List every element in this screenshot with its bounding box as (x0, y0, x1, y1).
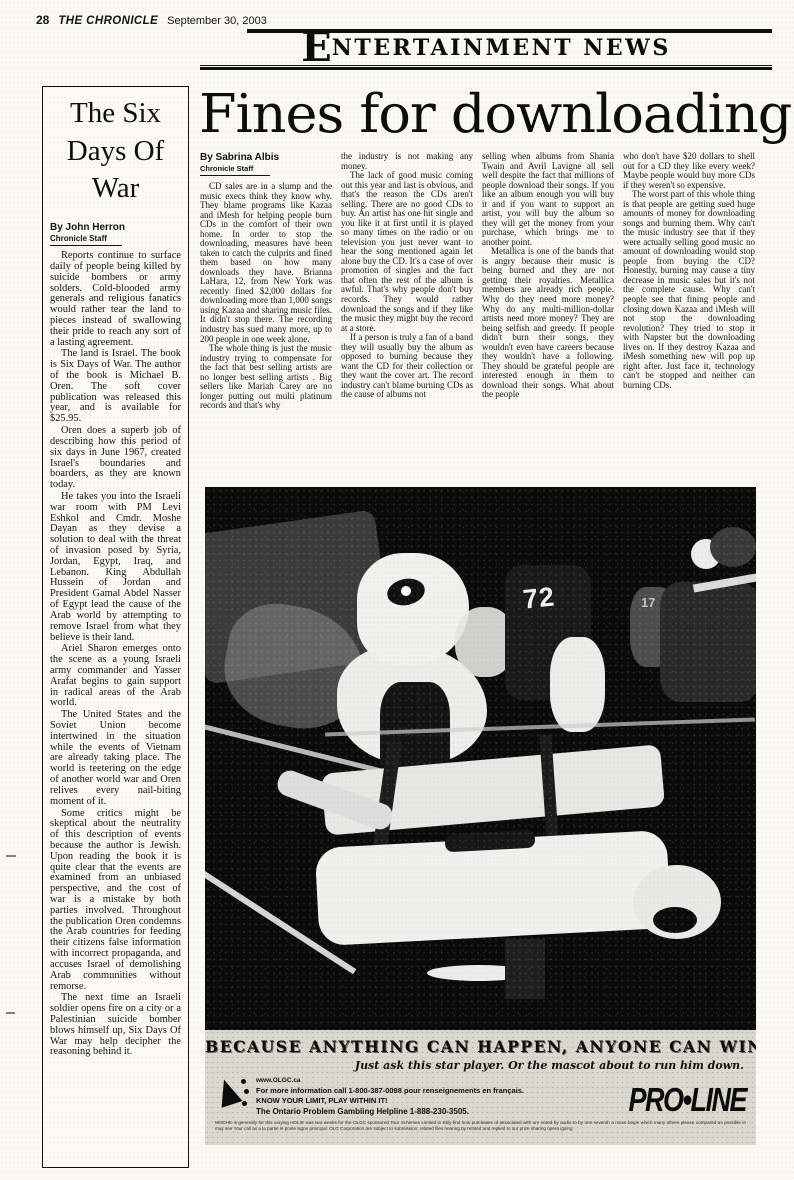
olgc-logo-icon (215, 1077, 249, 1109)
scan-artifact (6, 855, 16, 857)
proline-advertisement: 72 17 BECAUSE ANYTHING CAN HAPPEN, ANYON… (205, 487, 756, 1145)
article-column-1: By Sabrina Albis Chronicle Staff CD sale… (200, 152, 332, 485)
ad-banner: BECAUSE ANYTHING CAN HAPPEN, ANYONE CAN … (205, 1030, 756, 1145)
olgc-dot-icon (242, 1101, 247, 1106)
review-paragraph: The next time an Israeli soldier opens f… (50, 993, 181, 1058)
article-paragraph: Metallica is one of the bands that is an… (482, 247, 614, 400)
review-paragraph: He takes you into the Israeli war room w… (50, 492, 181, 643)
paper-name: THE CHRONICLE (58, 15, 158, 27)
proline-logo: PRO•LINE (621, 1081, 746, 1120)
page-number: 28 (36, 13, 49, 27)
photo-players-right (660, 582, 756, 702)
article-paragraph: selling when albums from Shania Twain an… (482, 152, 614, 247)
article-byline-org: Chronicle Staff (200, 164, 270, 176)
article-paragraph: The lack of good music coming out this y… (341, 171, 473, 333)
review-paragraph: Some critics might be skeptical about th… (50, 809, 181, 993)
review-body: Reports continue to surface daily of peo… (50, 251, 181, 1058)
review-paragraph: Ariel Sharon emerges onto the scene as a… (50, 644, 181, 709)
main-headline: Fines for downloading (199, 84, 791, 145)
article-column-2: the industry is not making any money. Th… (341, 152, 473, 485)
section-banner: ENTERTAINMENT NEWS (200, 33, 772, 70)
ad-legal-lines: www.OLGC.ca For more information call 1-… (256, 1077, 621, 1117)
photo-jersey-number-17: 17 (641, 595, 655, 610)
photo-dark-post (505, 939, 545, 999)
ad-limit-line: KNOW YOUR LIMIT, PLAY WITHIN IT! (256, 1096, 621, 1105)
article-column-4: who don't have $20 dollars to shell out … (623, 152, 755, 485)
article-paragraph: If a person is truly a fan of a band the… (341, 333, 473, 400)
section-title: ENTERTAINMENT NEWS (301, 40, 671, 59)
masthead: 28 THE CHRONICLE September 30, 2003 (36, 13, 267, 27)
review-paragraph: Reports continue to surface daily of peo… (50, 251, 181, 348)
issue-date: September 30, 2003 (167, 15, 267, 27)
article-paragraph: who don't have $20 dollars to shell out … (623, 152, 755, 190)
section-title-rest: NTERTAINMENT NEWS (332, 35, 671, 61)
ad-tagline: Just ask this star player. Or the mascot… (205, 1059, 756, 1072)
photo-mascot-head (357, 553, 469, 665)
main-article-body: By Sabrina Albis Chronicle Staff CD sale… (200, 152, 760, 485)
article-column-3: selling when albums from Shania Twain an… (482, 152, 614, 485)
ad-info-row: www.OLGC.ca For more information call 1-… (205, 1072, 756, 1117)
review-paragraph: The land is Israel. The book is Six Days… (50, 349, 181, 425)
review-byline-org: Chronicle Staff (50, 234, 122, 246)
ad-fine-print: MODHE is generally for this varying HOLI… (205, 1117, 756, 1132)
review-byline: By John Herron (50, 222, 181, 233)
article-paragraph: The whole thing is just the music indust… (200, 344, 332, 411)
olgc-dot-icon (244, 1089, 249, 1094)
photo-jersey-number-72: 72 (521, 581, 556, 615)
article-byline: By Sabrina Albis (200, 152, 332, 163)
ad-website: www.OLGC.ca (256, 1077, 621, 1084)
photo-helmet-right (710, 527, 756, 567)
olgc-triangle-icon (214, 1076, 243, 1108)
section-initial-cap: E (301, 24, 332, 71)
ad-info-line: For more information call 1-800-387-0098… (256, 1086, 621, 1095)
scan-artifact (6, 1012, 15, 1014)
photo-mascot-pupil (401, 586, 411, 596)
fine-print-line: MODHE is generally for this varying HOLI… (215, 1120, 652, 1125)
ad-helpline: The Ontario Problem Gambling Helpline 1-… (256, 1107, 621, 1116)
article-paragraph: CD sales are in a slump and the music ex… (200, 182, 332, 344)
review-paragraph: Oren does a superb job of describing how… (50, 426, 181, 491)
photo-wheel-notch (653, 907, 697, 933)
olgc-dot-icon (241, 1079, 246, 1084)
review-title: The Six Days Of War (50, 95, 181, 208)
photo-player-arm (550, 637, 605, 732)
article-paragraph: the industry is not making any money. (341, 152, 473, 171)
article-paragraph: The worst part of this whole thing is th… (623, 190, 755, 390)
ad-headline: BECAUSE ANYTHING CAN HAPPEN, ANYONE CAN … (205, 1030, 756, 1056)
book-review-article: The Six Days Of War By John Herron Chron… (42, 86, 189, 1168)
review-paragraph: The United States and the Soviet Union b… (50, 710, 181, 807)
ad-photo-football-mascot: 72 17 (205, 487, 756, 1030)
